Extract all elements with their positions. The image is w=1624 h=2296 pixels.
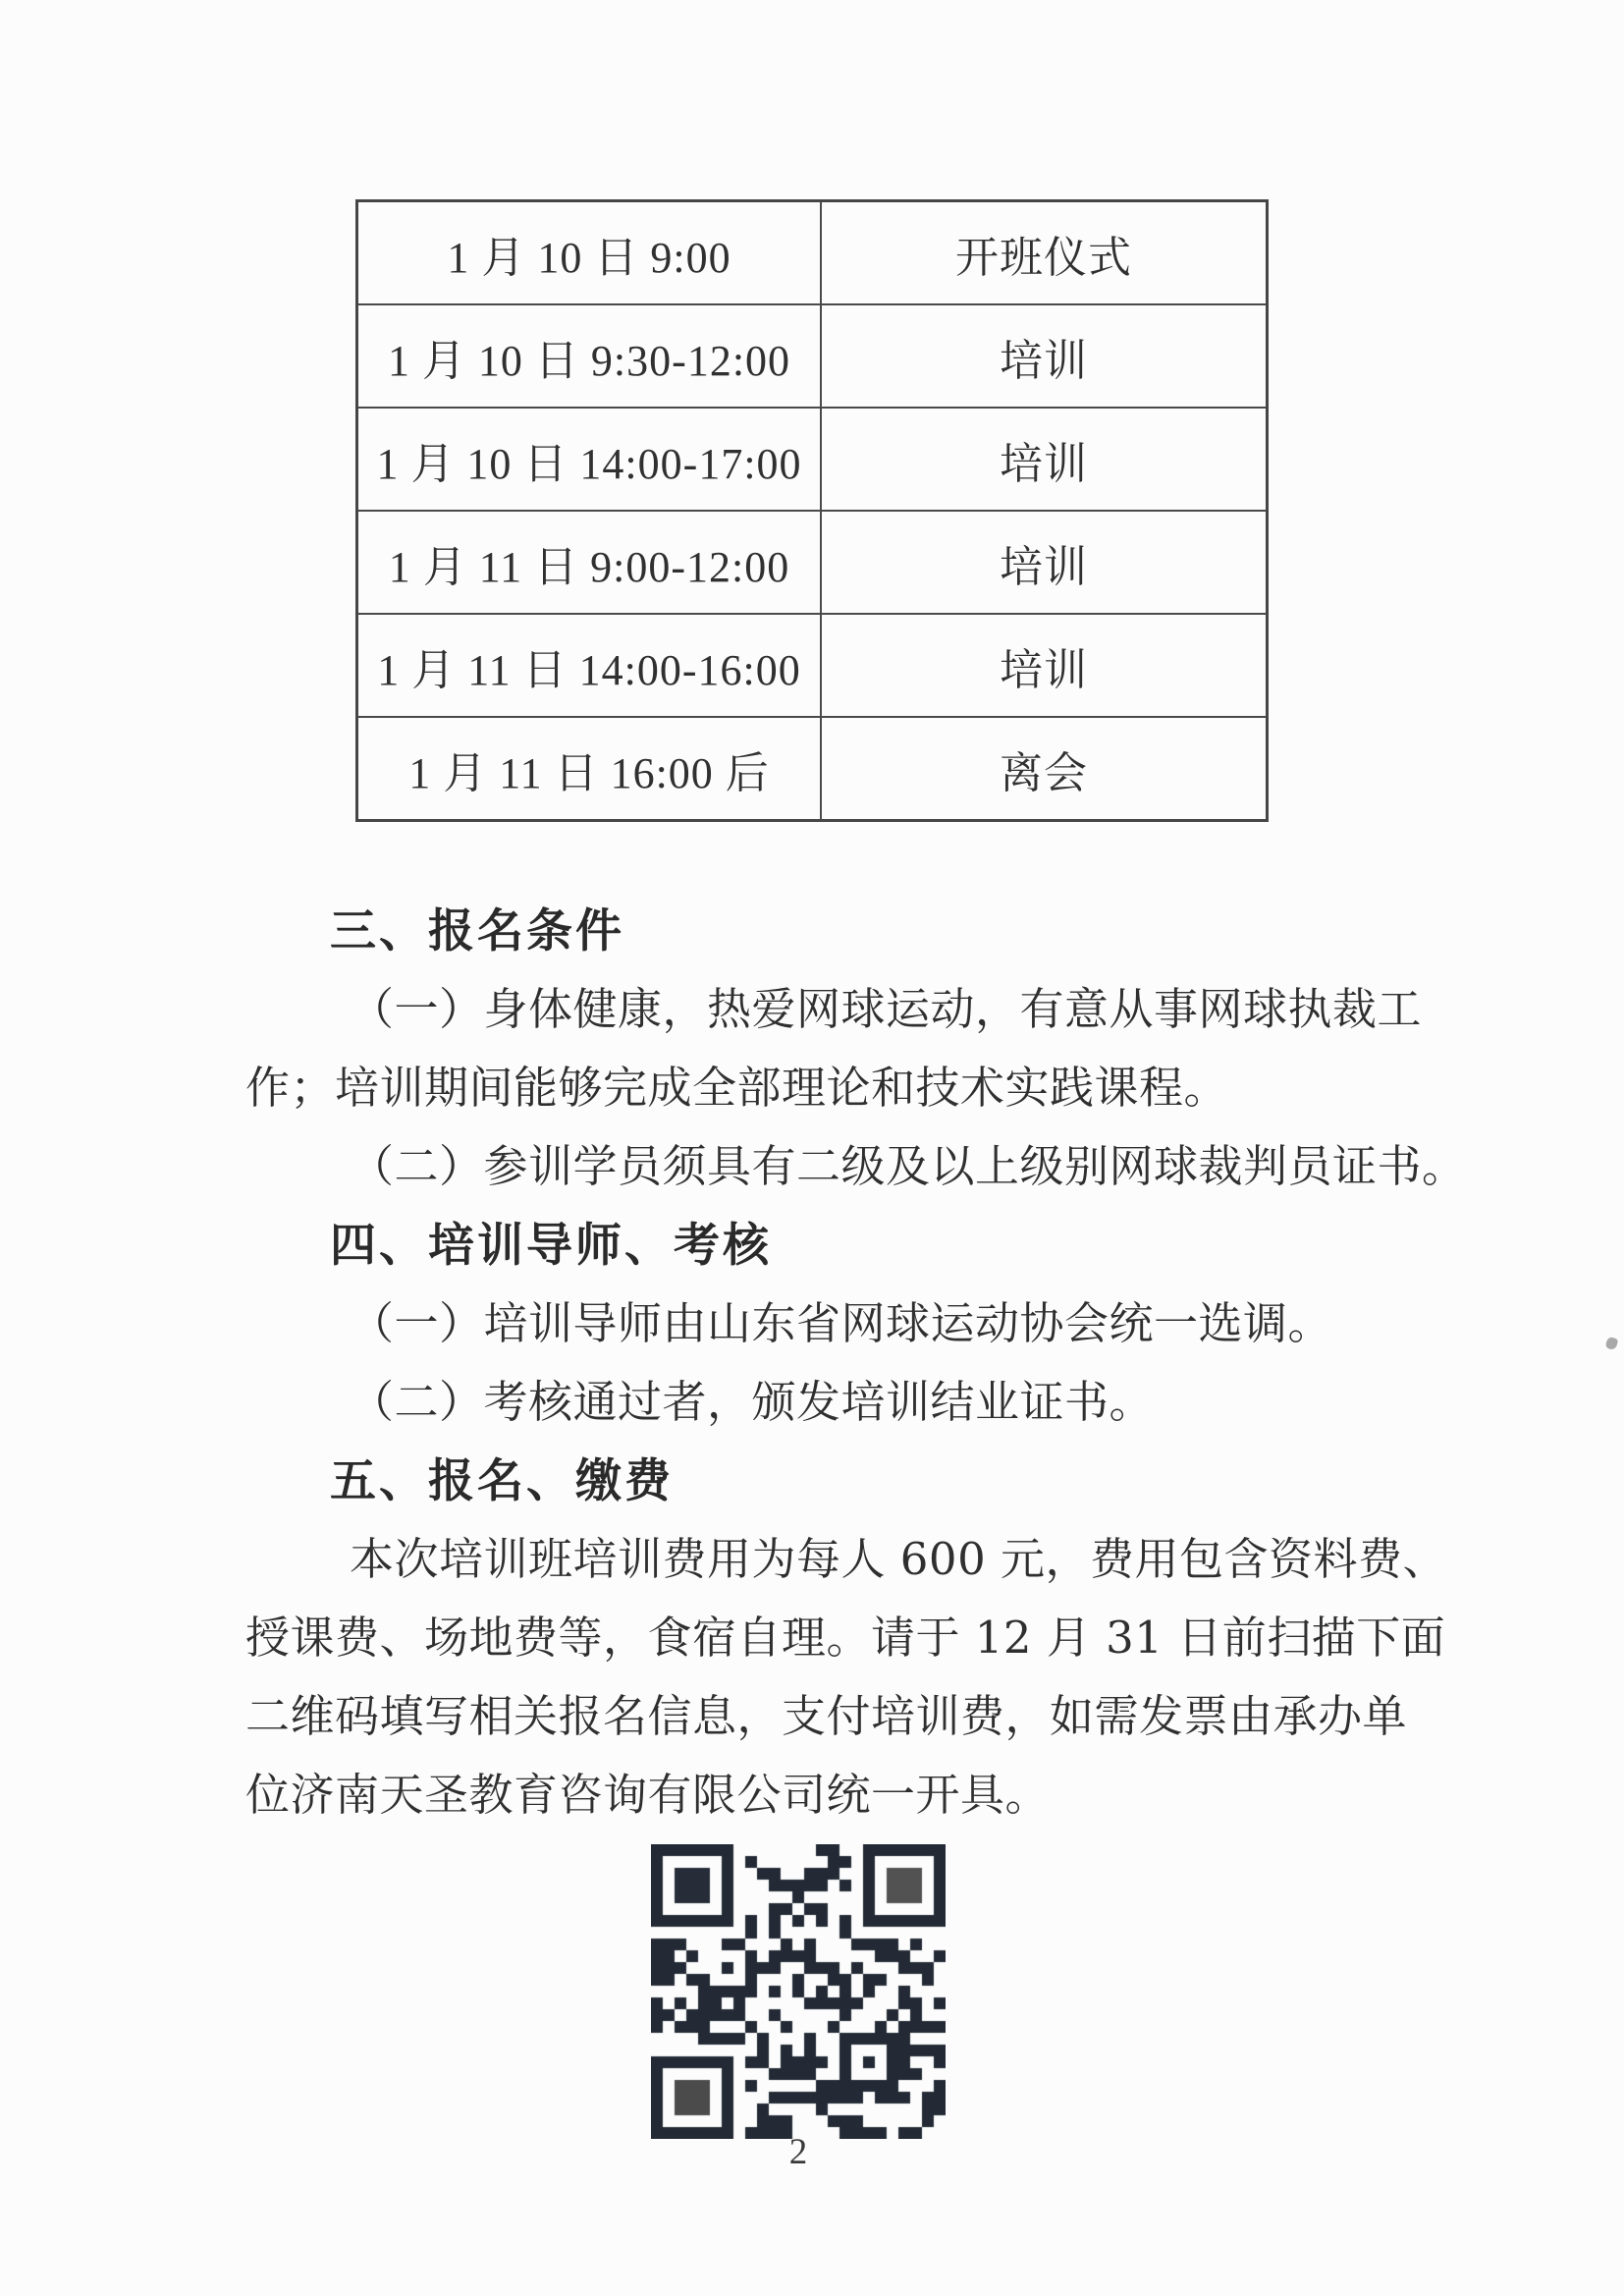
schedule-time-cell: 1 月 11 日 9:00-12:00 [357,511,822,614]
paragraph-line: 作；培训期间能够完成全部理论和技术实践课程。 [245,1049,1424,1127]
table-row: 1 月 11 日 9:00-12:00 培训 [357,511,1268,614]
body-content: 三、报名条件 （一）身体健康，热爱网球运动，有意从事网球执裁工 作；培训期间能够… [245,892,1424,1834]
paragraph-line: （二）考核通过者，颁发培训结业证书。 [245,1363,1424,1442]
table-row: 1 月 11 日 16:00 后 离会 [357,717,1268,821]
paragraph-line: （一）培训导师由山东省网球运动协会统一选调。 [245,1285,1424,1363]
registration-qr-code [651,1844,946,2139]
table-row: 1 月 10 日 9:30-12:00 培训 [357,304,1268,408]
schedule-time-cell: 1 月 11 日 16:00 后 [357,717,822,821]
paragraph-line: （一）身体健康，热爱网球运动，有意从事网球执裁工 [245,970,1424,1049]
table-row: 1 月 10 日 9:00 开班仪式 [357,201,1268,305]
schedule-activity-cell: 开班仪式 [821,201,1268,305]
table-row: 1 月 11 日 14:00-16:00 培训 [357,614,1268,717]
section-heading-registration-conditions: 三、报名条件 [330,892,1424,970]
document-page: 1 月 10 日 9:00 开班仪式 1 月 10 日 9:30-12:00 培… [0,0,1624,2296]
schedule-activity-cell: 培训 [821,304,1268,408]
schedule-activity-cell: 培训 [821,511,1268,614]
paragraph-line: （二）参训学员须具有二级及以上级别网球裁判员证书。 [245,1127,1424,1206]
scan-artifact [1604,1337,1618,1351]
paragraph-line: 本次培训班培训费用为每人 600 元，费用包含资料费、 [245,1520,1424,1599]
paragraph-line: 授课费、场地费等，食宿自理。请于 12 月 31 日前扫描下面 [245,1599,1424,1677]
section-heading-instructors-assessment: 四、培训导师、考核 [330,1206,1424,1285]
paragraph-line: 二维码填写相关报名信息，支付培训费，如需发票由承办单 [245,1677,1424,1756]
schedule-time-cell: 1 月 10 日 9:30-12:00 [357,304,822,408]
schedule-activity-cell: 培训 [821,614,1268,717]
page-number: 2 [651,2129,946,2176]
schedule-time-cell: 1 月 10 日 9:00 [357,201,822,305]
schedule-time-cell: 1 月 11 日 14:00-16:00 [357,614,822,717]
paragraph-line: 位济南天圣教育咨询有限公司统一开具。 [245,1756,1424,1834]
schedule-time-cell: 1 月 10 日 14:00-17:00 [357,408,822,511]
schedule-activity-cell: 培训 [821,408,1268,511]
table-row: 1 月 10 日 14:00-17:00 培训 [357,408,1268,511]
section-heading-registration-payment: 五、报名、缴费 [330,1442,1424,1520]
schedule-table: 1 月 10 日 9:00 开班仪式 1 月 10 日 9:30-12:00 培… [355,199,1269,822]
schedule-activity-cell: 离会 [821,717,1268,821]
